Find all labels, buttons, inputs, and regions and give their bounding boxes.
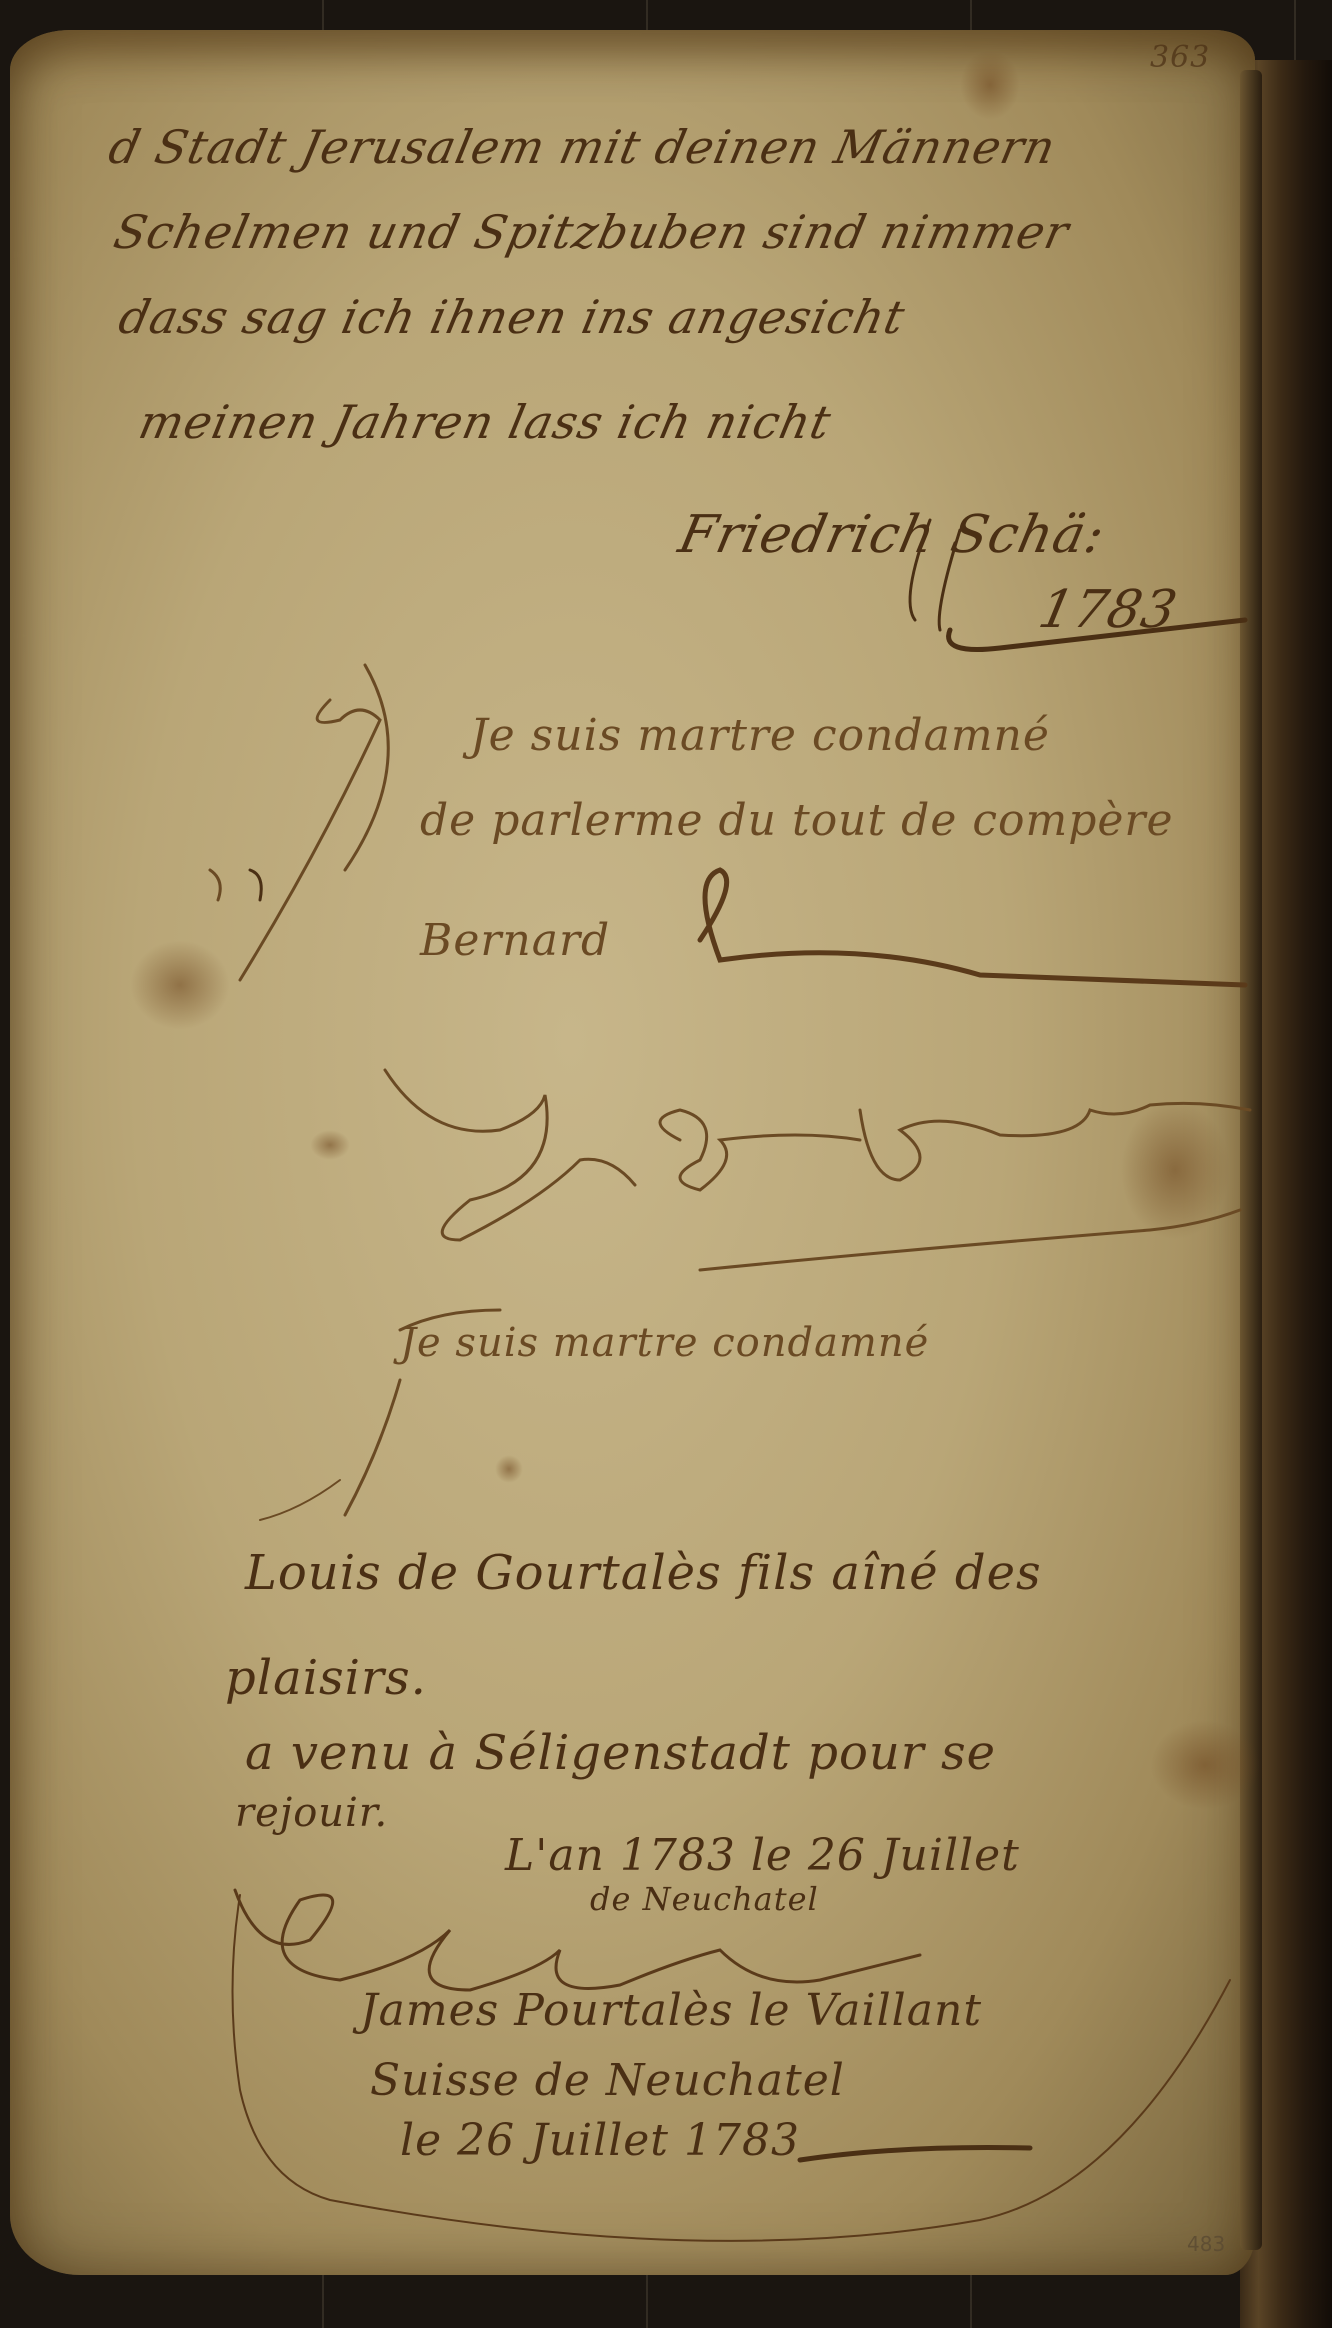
water-stain <box>1150 1720 1260 1810</box>
gourtales-date: L'an 1783 le 26 Juillet <box>505 1830 1020 1881</box>
gourtales-line-2: plaisirs. <box>225 1650 427 1706</box>
water-stain <box>130 940 230 1030</box>
gourtales-line-3: a venu à Séligenstadt pour se <box>245 1725 996 1781</box>
german-line-1: d Stadt Jerusalem mit deinen Männern <box>104 120 1061 174</box>
james-line-3: le 26 Juillet 1783 <box>400 2115 800 2166</box>
gourtales-line-4: rejouir. <box>235 1790 388 1836</box>
folio-number: 363 <box>1150 40 1210 75</box>
german-year: 1783 <box>1034 580 1183 640</box>
gourtales-line-1: Louis de Gourtalès fils aîné des <box>245 1545 1042 1601</box>
german-line-4: meinen Jahren lass ich nicht <box>134 395 836 449</box>
pencil-page-number: 483 <box>1187 2232 1225 2256</box>
german-line-3: dass sag ich ihnen ins angesicht <box>114 290 910 344</box>
water-stain <box>1120 1100 1230 1240</box>
german-signature: Friedrich Schä: <box>674 505 1111 565</box>
french1-line-2: de parlerme du tout de compère <box>420 795 1174 846</box>
gourtales-origin: de Neuchatel <box>590 1880 819 1918</box>
ink-stain <box>960 50 1020 120</box>
james-line-2: Suisse de Neuchatel <box>370 2055 845 2106</box>
german-line-2: Schelmen und Spitzbuben sind nimmer <box>109 205 1074 259</box>
french1-line-1: Je suis martre condamné <box>470 710 1050 761</box>
james-line-1: James Pourtalès le Vaillant <box>360 1985 982 2036</box>
page-edge <box>1240 70 1262 2250</box>
ink-spot <box>310 1130 350 1160</box>
french1-signature: Bernard <box>420 915 610 966</box>
ink-spot <box>495 1455 523 1483</box>
french2-line: Je suis martre condamné <box>400 1320 929 1366</box>
